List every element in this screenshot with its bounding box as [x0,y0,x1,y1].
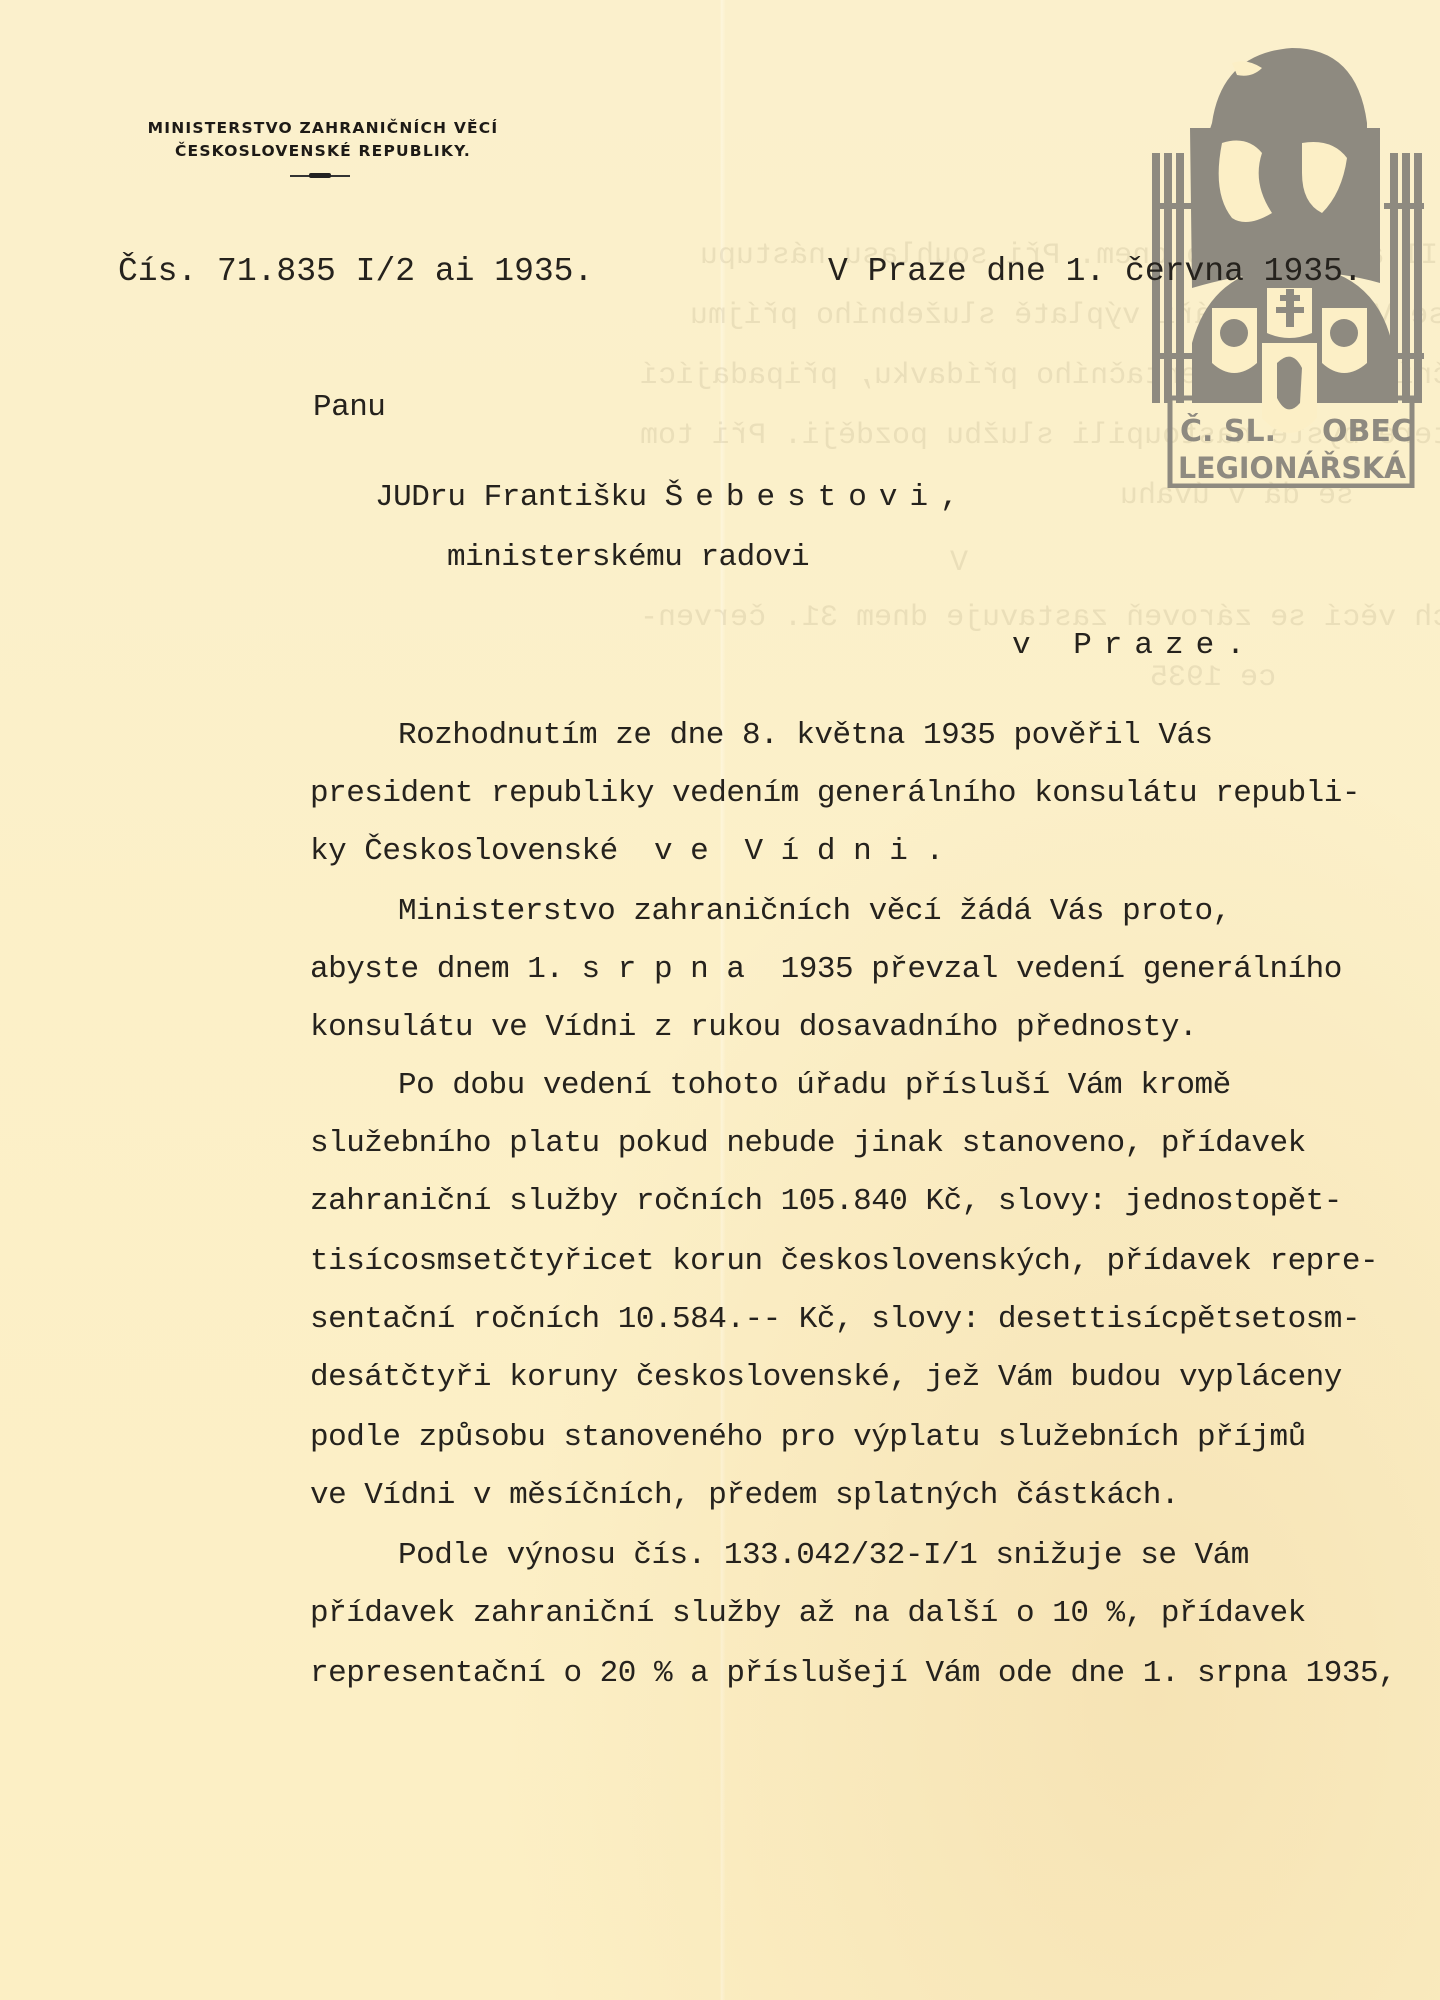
body-line: Ministerstvo zahraničních věcí žádá Vás … [398,894,1231,930]
reference-number: Čís. 71.835 I/2 ai 1935. [118,254,593,290]
body-line: desátčtyři koruny československé, jež Vá… [310,1360,1342,1396]
body-line: ve Vídni v měsíčních, předem splatných č… [310,1478,1179,1514]
recipient-surname: Šebestovi, [665,480,971,515]
body-line: sentační ročních 10.584.-- Kč, slovy: de… [310,1302,1360,1338]
letterhead-line-1: MINISTERSTVO ZAHRANIČNÍCH VĚCÍ [113,117,533,140]
body-line: konsulátu ve Vídni z rukou dosavadního p… [310,1010,1197,1046]
recipient-first-name: JUDru Františku [375,480,647,515]
body-line: přídavek zahraniční služby až na další o… [310,1596,1306,1632]
body-line: representační o 20 % a příslušejí Vám od… [310,1656,1396,1692]
recipient-city: v Praze. [1012,628,1257,664]
letterhead-line-2: ČESKOSLOVENSKÉ REPUBLIKY. [113,140,533,163]
body-line: president republiky vedením generálního … [310,776,1360,812]
letterhead: MINISTERSTVO ZAHRANIČNÍCH VĚCÍ ČESKOSLOV… [113,117,533,163]
legion-logo: Č. SL. OBEC LEGIONÁŘSKÁ [1133,25,1411,470]
logo-text-legionarska: LEGIONÁŘSKÁ [1178,451,1407,485]
body-line: tisícosmsetčtyřicet korun československý… [310,1244,1378,1280]
bleed-through-line: ce 1935 [1150,660,1276,696]
letterhead-divider-ornament [309,173,331,178]
body-line: Po dobu vedení tohoto úřadu přísluší Vám… [398,1068,1231,1104]
body-line: Podle výnosu čís. 133.042/32-I/1 snižuje… [398,1538,1249,1574]
logo-text-obec: OBEC [1322,414,1413,449]
body-line: služebního platu pokud nebude jinak stan… [310,1126,1306,1162]
recipient-title: ministerskému radovi [447,540,809,576]
bleed-through-line: V [950,545,968,581]
salutation: Panu [313,390,385,426]
body-line: ky Československé v e V í d n i . [310,834,944,870]
body-line: podle způsobu stanoveného pro výplatu sl… [310,1420,1306,1456]
logo-text-csl: Č. SL. [1180,412,1276,449]
body-line: abyste dnem 1. s r p n a 1935 převzal ve… [310,952,1342,988]
body-line: zahraniční služby ročních 105.840 Kč, sl… [310,1184,1342,1220]
recipient-name: JUDru Františku Šebestovi, [375,480,971,516]
place-and-date: V Praze dne 1. června 1935. [828,254,1363,290]
body-line: Rozhodnutím ze dne 8. května 1935 pověři… [398,718,1213,754]
